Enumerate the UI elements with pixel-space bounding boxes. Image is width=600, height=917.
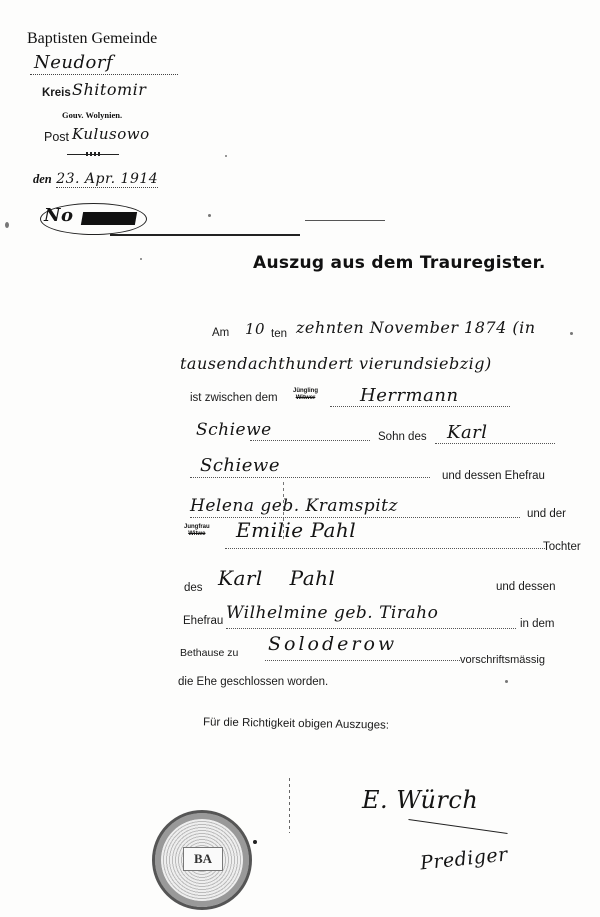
- bride-name-dots: [225, 548, 545, 549]
- groom-father-first: Karl: [447, 422, 488, 443]
- date-value: 23. Apr. 1914: [56, 171, 158, 188]
- ten-label: ten: [271, 328, 287, 340]
- groom-surname-dots: [250, 440, 370, 441]
- date-handwritten-line2: tausendachthundert vierundsiebzig): [180, 354, 492, 373]
- speck: [225, 155, 227, 157]
- seal-emblem: BA: [183, 847, 223, 871]
- ehefrau-label: und dessen Ehefrau: [442, 470, 545, 482]
- church-name-line: Neudorf: [30, 56, 178, 75]
- bride-father: Karl Pahl: [218, 566, 335, 590]
- vorschrift-label: vorschriftsmässig: [460, 654, 545, 666]
- bride-status: Jungfrau Witwe: [184, 524, 210, 538]
- groom-status-witwer: Witwer: [293, 395, 318, 402]
- und-der-label: und der: [527, 508, 566, 520]
- kreis-value: Shitomir: [72, 80, 146, 99]
- ehefrau2-label: Ehefrau: [183, 615, 223, 627]
- bride-name: Emilie Pahl: [236, 518, 356, 542]
- kreis-label: Kreis: [42, 87, 71, 99]
- church-label: Baptisten Gemeinde: [27, 30, 157, 48]
- und-dessen-label: und dessen: [496, 581, 555, 593]
- certification-line: Für die Richtigkeit obigen Auszuges:: [203, 716, 389, 731]
- place-dots: [265, 660, 460, 661]
- fold-mark: [283, 482, 284, 542]
- place: Soloderow: [268, 633, 397, 655]
- groom-first-name: Herrmann: [360, 385, 459, 406]
- groom-name-dots: [330, 406, 510, 407]
- in-dem-label: in dem: [520, 618, 555, 630]
- groom-surname: Schiewe: [196, 420, 272, 440]
- signature-name: E. Würch: [362, 786, 478, 814]
- gouv-label: Gouv. Wolynien.: [62, 110, 122, 120]
- date-handwritten-line1: zehnten November 1874 (in: [296, 318, 536, 337]
- signature-flourish: [408, 819, 507, 834]
- tochter-label: Tochter: [543, 541, 581, 553]
- number-label: No: [44, 205, 73, 226]
- groom-status-jungling: Jüngling: [293, 388, 318, 395]
- header-rule-thin: [305, 220, 385, 221]
- bethause-label: Bethause zu: [180, 647, 238, 659]
- speck: [5, 222, 9, 228]
- speck: [140, 258, 142, 260]
- speck: [208, 214, 211, 217]
- bride-status-witwe: Witwe: [184, 531, 210, 538]
- des-label: des: [184, 582, 203, 594]
- groom-mother: Helena geb. Kramspitz: [190, 496, 398, 516]
- groom-father-dots: [435, 443, 555, 444]
- speck: [570, 332, 573, 335]
- am-label: Am: [212, 327, 229, 339]
- bride-mother: Wilhelmine geb. Tiraho: [226, 603, 438, 623]
- date-prefix: den: [33, 172, 52, 186]
- fold-mark: [289, 778, 290, 833]
- day-value: 10: [245, 320, 265, 338]
- signature-title: Prediger: [419, 843, 509, 874]
- zwischen-label: ist zwischen dem: [190, 392, 278, 404]
- speck: [253, 840, 257, 844]
- official-seal: BA: [152, 810, 252, 910]
- groom-father-surname-dots: [190, 477, 430, 478]
- number-redaction: [81, 212, 137, 225]
- ornament-dots: [86, 152, 100, 156]
- document-title: Auszug aus dem Trauregister.: [253, 253, 546, 273]
- sohn-label: Sohn des: [378, 431, 427, 443]
- closing-line: die Ehe geschlossen worden.: [178, 676, 328, 688]
- bride-mother-dots: [226, 628, 516, 629]
- groom-status: Jüngling Witwer: [293, 388, 318, 402]
- groom-father-surname: Schiewe: [200, 455, 280, 476]
- header-rule: [110, 234, 300, 236]
- speck: [505, 680, 508, 683]
- bride-status-jungfrau: Jungfrau: [184, 524, 210, 531]
- date-line: den 23. Apr. 1914: [33, 170, 158, 188]
- post-label: Post: [44, 130, 69, 144]
- church-name: Neudorf: [34, 52, 113, 73]
- post-value: Kulusowo: [72, 125, 150, 143]
